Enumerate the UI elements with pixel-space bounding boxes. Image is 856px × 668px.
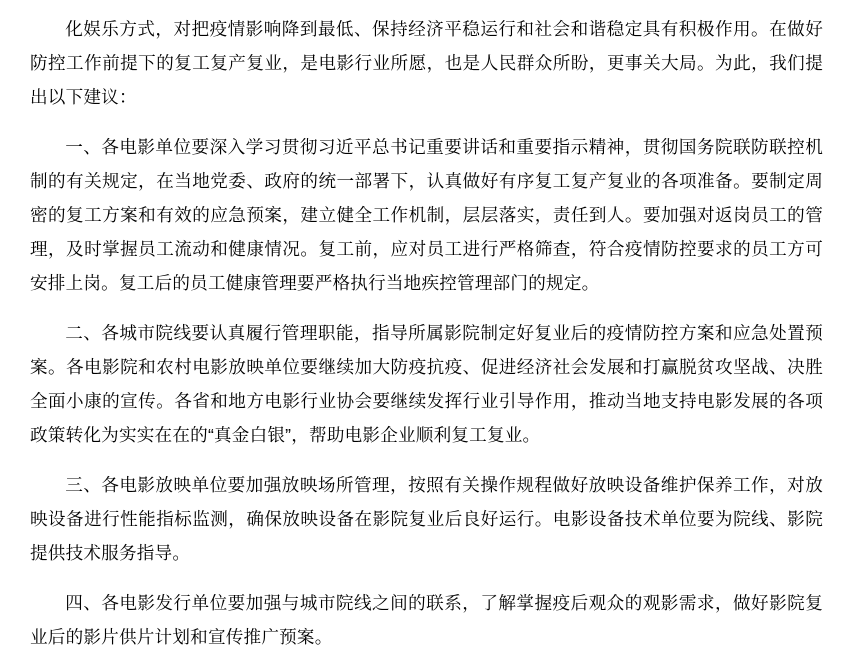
paragraph-item-4: 四、各电影发行单位要加强与城市院线之间的联系，了解掌握疫后观众的观影需求，做好影…	[30, 586, 823, 654]
paragraph-item-1: 一、各电影单位要深入学习贯彻习近平总书记重要讲话和重要指示精神，贯彻国务院联防联…	[30, 130, 823, 300]
document-body: 化娱乐方式，对把疫情影响降到最低、保持经济平稳运行和社会和谐稳定具有积极作用。在…	[30, 12, 823, 654]
paragraph-intro: 化娱乐方式，对把疫情影响降到最低、保持经济平稳运行和社会和谐稳定具有积极作用。在…	[30, 12, 823, 114]
paragraph-item-2: 二、各城市院线要认真履行管理职能，指导所属影院制定好复业后的疫情防控方案和应急处…	[30, 316, 823, 452]
paragraph-item-3: 三、各电影放映单位要加强放映场所管理，按照有关操作规程做好放映设备维护保养工作，…	[30, 468, 823, 570]
document-page: 化娱乐方式，对把疫情影响降到最低、保持经济平稳运行和社会和谐稳定具有积极作用。在…	[0, 0, 856, 668]
